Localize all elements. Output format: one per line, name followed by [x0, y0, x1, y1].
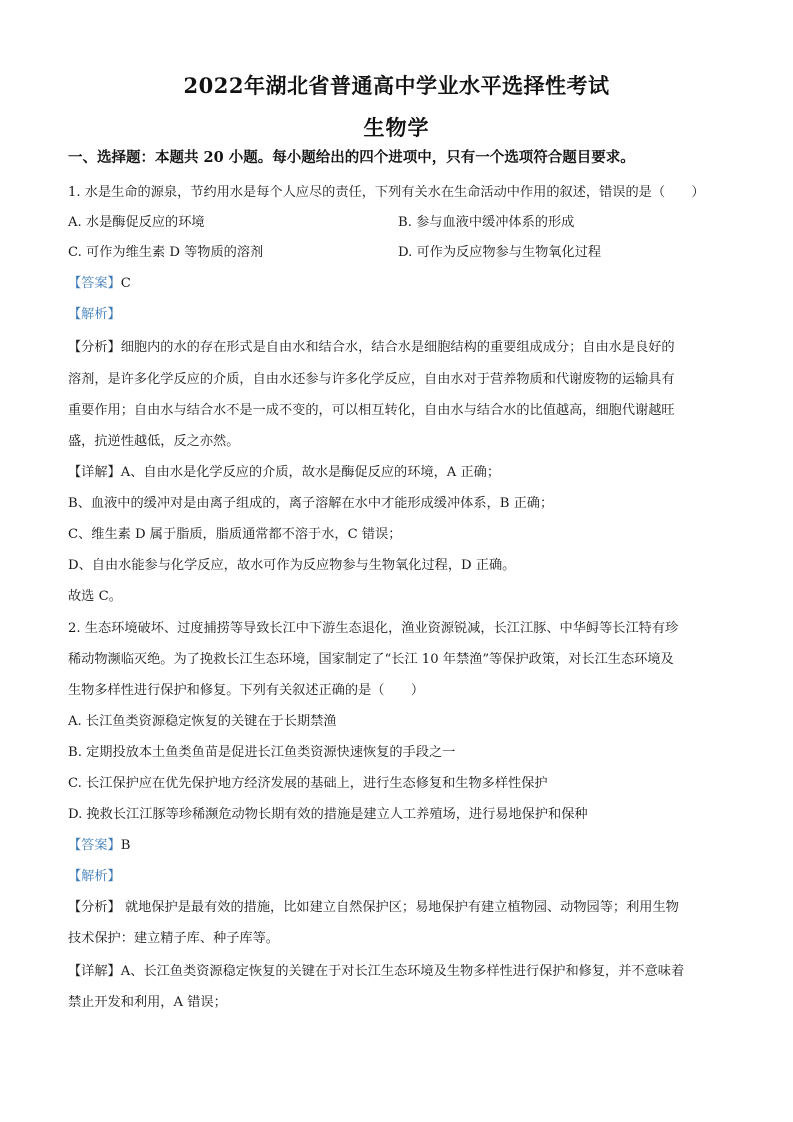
q1-option-d: D. 可作为反应物参与生物氧化过程 — [398, 243, 601, 263]
q1-answer: 【答案】C — [68, 274, 131, 294]
q2-stem: 2. 生态环境破坏、过度捕捞等导致长江中下游生态退化，渔业资源锐减，长江江豚、中… — [68, 619, 678, 639]
q2-fenxi-line: 技术保护：建立精子库、种子库等。 — [68, 929, 279, 949]
q1-xiangjie-line: B、血液中的缓冲对是由离子组成的，离子溶解在水中才能形成缓冲体系，B 正确； — [68, 494, 553, 514]
q2-answer: 【答案】B — [68, 836, 130, 856]
q2-analysis-label: 【解析】 — [68, 867, 121, 887]
subject-title: 生物学 — [0, 112, 793, 142]
q2-option-d: D. 挽救长江江豚等珍稀濒危动物长期有效的措施是建立人工养殖场，进行易地保护和保… — [68, 805, 588, 825]
q1-fenxi-line: 【分析】细胞内的水的存在形式是自由水和结合水，结合水是细胞结构的重要组成成分；自… — [68, 338, 675, 358]
document-page: 2022年湖北省普通高中学业水平选择性考试 生物学 一、选择题：本题共 20 小… — [0, 0, 793, 1122]
q1-option-a: A. 水是酶促反应的环境 — [68, 213, 205, 233]
section-heading: 一、选择题：本题共 20 小题。每小题给出的四个进项中，只有一个选项符合题目要求… — [68, 148, 635, 168]
fenxi-label: 【分析】 — [68, 340, 121, 355]
q2-stem: 稀动物濒临灭绝。为了挽救长江生态环境，国家制定了“长江 10 年禁渔”等保护政策… — [68, 650, 674, 670]
q1-analysis-label: 【解析】 — [68, 305, 121, 325]
q1-fenxi-line: 盛，抗逆性越低，反之亦然。 — [68, 432, 239, 452]
q2-stem: 生物多样性进行保护和修复。下列有关叙述正确的是（ ） — [68, 681, 424, 701]
q1-option-c: C. 可作为维生素 D 等物质的溶剂 — [68, 243, 263, 263]
q2-xiangjie-line: 禁止开发和利用，A 错误； — [68, 993, 227, 1013]
answer-value: C — [121, 276, 131, 291]
q1-xiangjie-line: 【详解】A、自由水是化学反应的介质，故水是酶促反应的环境，A 正确； — [68, 463, 500, 483]
q2-option-a: A. 长江鱼类资源稳定恢复的关键在于长期禁渔 — [68, 712, 336, 732]
q2-option-b: B. 定期投放本土鱼类鱼苗是促进长江鱼类资源快速恢复的手段之一 — [68, 743, 455, 763]
q2-xiangjie-line: 【详解】A、长江鱼类资源稳定恢复的关键在于对长江生态环境及生物多样性进行保护和修… — [68, 962, 684, 982]
q1-conclusion: 故选 C。 — [68, 587, 122, 607]
xiangjie-label: 【详解】 — [68, 964, 121, 979]
q1-fenxi-line: 溶剂，是许多化学反应的介质，自由水还参与许多化学反应，自由水对于营养物质和代谢废… — [68, 370, 675, 390]
xiangjie-label: 【详解】 — [68, 465, 121, 480]
answer-label: 【答案】 — [68, 838, 121, 853]
q2-fenxi-line: 【分析】 就地保护是最有效的措施，比如建立自然保护区；易地保护有建立植物园、动物… — [68, 898, 679, 918]
q1-option-b: B. 参与血液中缓冲体系的形成 — [398, 213, 574, 233]
q1-xiangjie-line: C、维生素 D 属于脂质，脂质通常都不溶于水，C 错误； — [68, 525, 401, 545]
answer-label: 【答案】 — [68, 276, 121, 291]
exam-title: 2022年湖北省普通高中学业水平选择性考试 — [0, 70, 793, 100]
q1-xiangjie-line: D、自由水能参与化学反应，故水可作为反应物参与生物氧化过程，D 正确。 — [68, 556, 515, 576]
q1-fenxi-line: 重要作用；自由水与结合水不是一成不变的，可以相互转化，自由水与结合水的比值越高，… — [68, 401, 675, 421]
fenxi-label: 【分析】 — [68, 900, 121, 915]
q1-stem: 1. 水是生命的源泉，节约用水是每个人应尽的责任，下列有关水在生命活动中作用的叙… — [68, 183, 705, 203]
q2-option-c: C. 长江保护应在优先保护地方经济发展的基础上，进行生态修复和生物多样性保护 — [68, 774, 548, 794]
answer-value: B — [121, 838, 131, 853]
